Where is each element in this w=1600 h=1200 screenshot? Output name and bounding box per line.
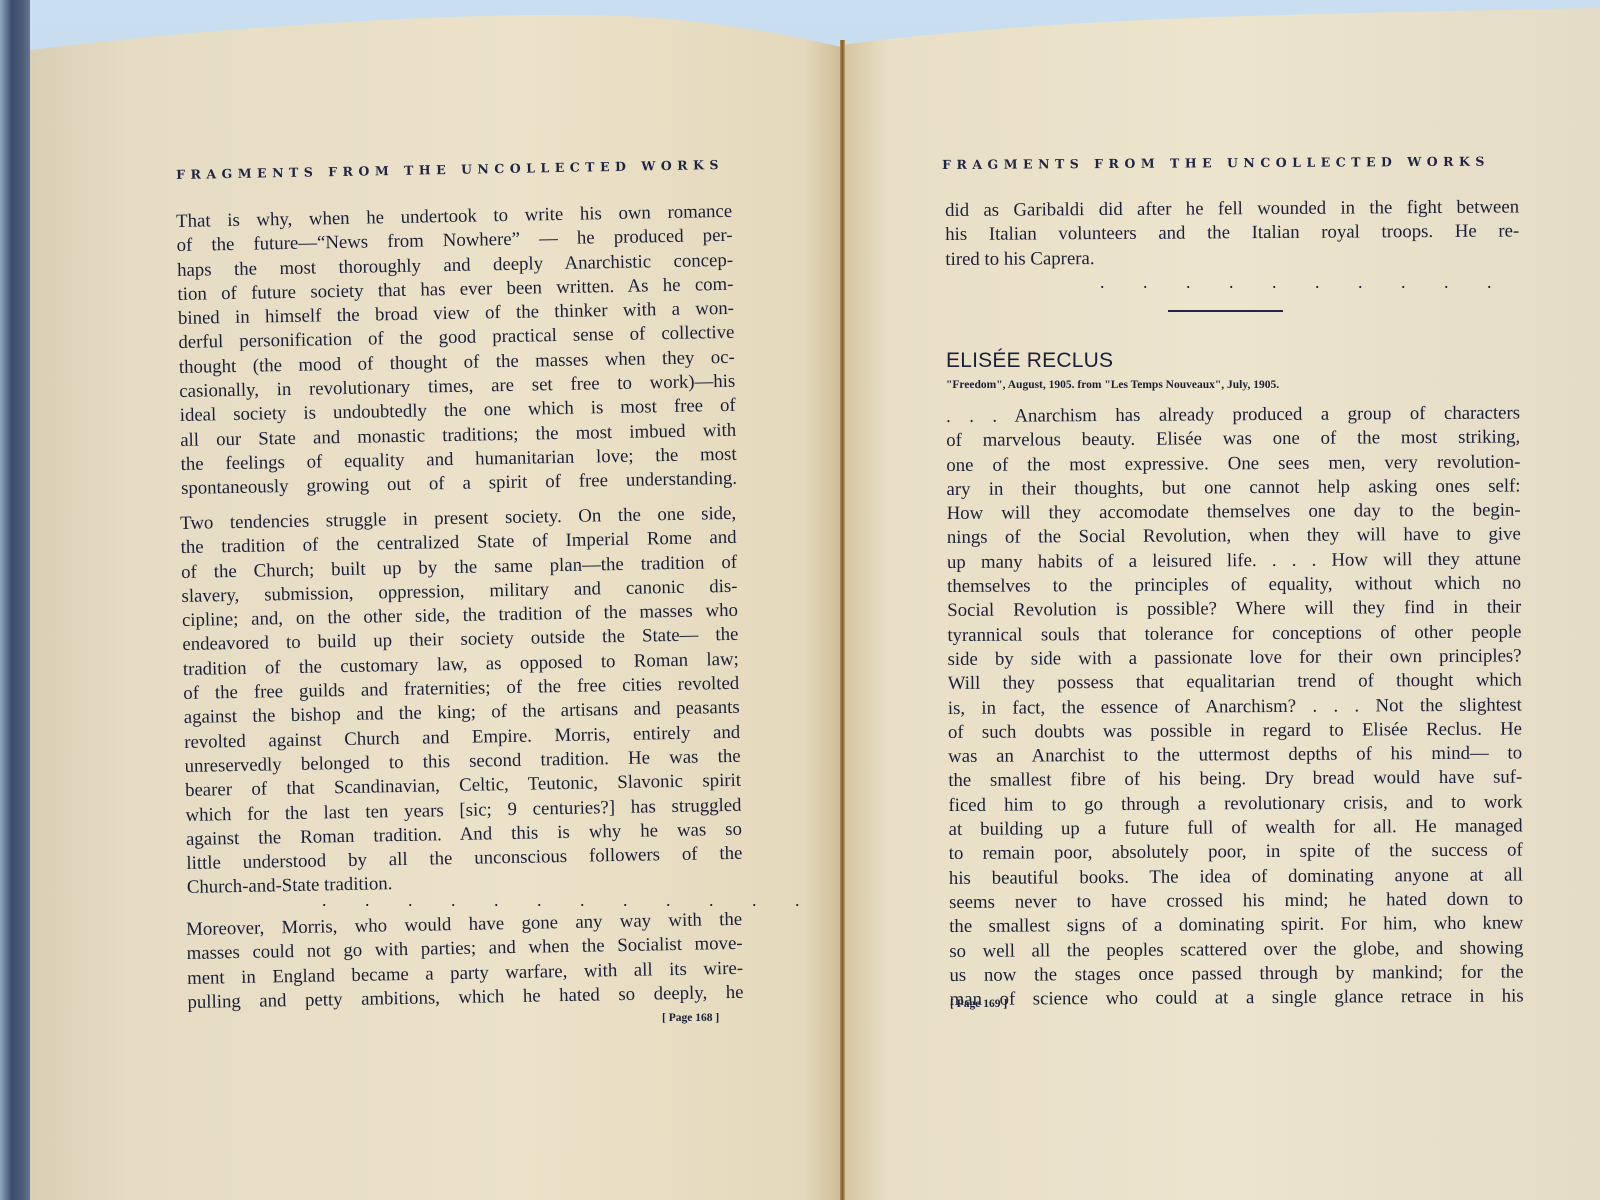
book-spine-gutter: [840, 40, 845, 1200]
right-page-number: [ Page 169 ]: [950, 998, 1007, 1010]
text-line: of marvelous beauty. Elisée was one of t…: [946, 426, 1520, 454]
left-paragraph-2: Two tendencies struggle in present socie…: [180, 502, 743, 901]
left-paragraph-1: That is why, when he undertook to write …: [176, 200, 737, 502]
text-line: his Italian volunteers and the Italian r…: [945, 220, 1519, 248]
text-line: . . . Anarchism has already produced a g…: [946, 401, 1520, 429]
text-line: nings of the Social Revolution, when the…: [947, 523, 1521, 551]
text-line: ficed him to go through a revolutionary …: [948, 790, 1522, 818]
text-line: us now the stages once passed through by…: [949, 960, 1523, 988]
text-line: tired to his Caprera.: [945, 244, 1519, 272]
right-paragraph-1: did as Garibaldi did after he fell wound…: [945, 195, 1519, 271]
section-divider-rule: [1168, 310, 1283, 312]
text-line: at building up a future full of wealth f…: [949, 815, 1523, 843]
right-paragraph-2: . . . Anarchism has already produced a g…: [946, 401, 1524, 1012]
text-line: up many habits of a leisured life. . . .…: [947, 547, 1521, 575]
text-line: to remain poor, absolutely poor, in spit…: [949, 839, 1523, 867]
text-line: side by side with a passionate love for …: [947, 644, 1521, 672]
text-line: Social Revolution is possible? Where wil…: [947, 596, 1521, 624]
source-citation: "Freedom", August, 1905. from "Les Temps…: [946, 379, 1279, 391]
section-title: ELISÉE RECLUS: [946, 349, 1113, 373]
left-page-number: [ Page 168 ]: [662, 1012, 719, 1024]
text-line: tyrannical souls that tolerance for conc…: [947, 620, 1521, 648]
text-line: so well all the peoples scattered over t…: [949, 936, 1523, 964]
text-line: is, in fact, the essence of Anarchism? .…: [948, 693, 1522, 721]
text-line: How will they accomodate themselves one …: [947, 499, 1521, 527]
text-line: man of science who could at a single gla…: [950, 985, 1524, 1013]
text-line: was an Anarchist to the uttermost depths…: [948, 742, 1522, 770]
book-cover-edge: [0, 0, 30, 1200]
text-line: the smallest signs of a dominating spiri…: [949, 912, 1523, 940]
text-line: themselves to the principles of equality…: [947, 572, 1521, 600]
text-line: did as Garibaldi did after he fell wound…: [945, 195, 1519, 223]
text-line: of such doubts was possible in regard to…: [948, 717, 1522, 745]
right-ellipsis-separator: . . . . . . . . . .: [1100, 272, 1509, 293]
text-line: the smallest fibre of his being. Dry bre…: [948, 766, 1522, 794]
left-paragraph-3: Moreover, Morris, who would have gone an…: [186, 908, 744, 1015]
text-line: Will they possess that equalitarian tren…: [948, 669, 1522, 697]
text-line: his beautiful books. The idea of dominat…: [949, 863, 1523, 891]
text-line: seems never to have crossed his mind; he…: [949, 887, 1523, 915]
left-ellipsis-separator: . . . . . . . . . . . .: [322, 890, 817, 911]
text-line: ary in their thoughts, but one cannot he…: [946, 474, 1520, 502]
text-line: one of the most expressive. One sees men…: [946, 450, 1520, 478]
